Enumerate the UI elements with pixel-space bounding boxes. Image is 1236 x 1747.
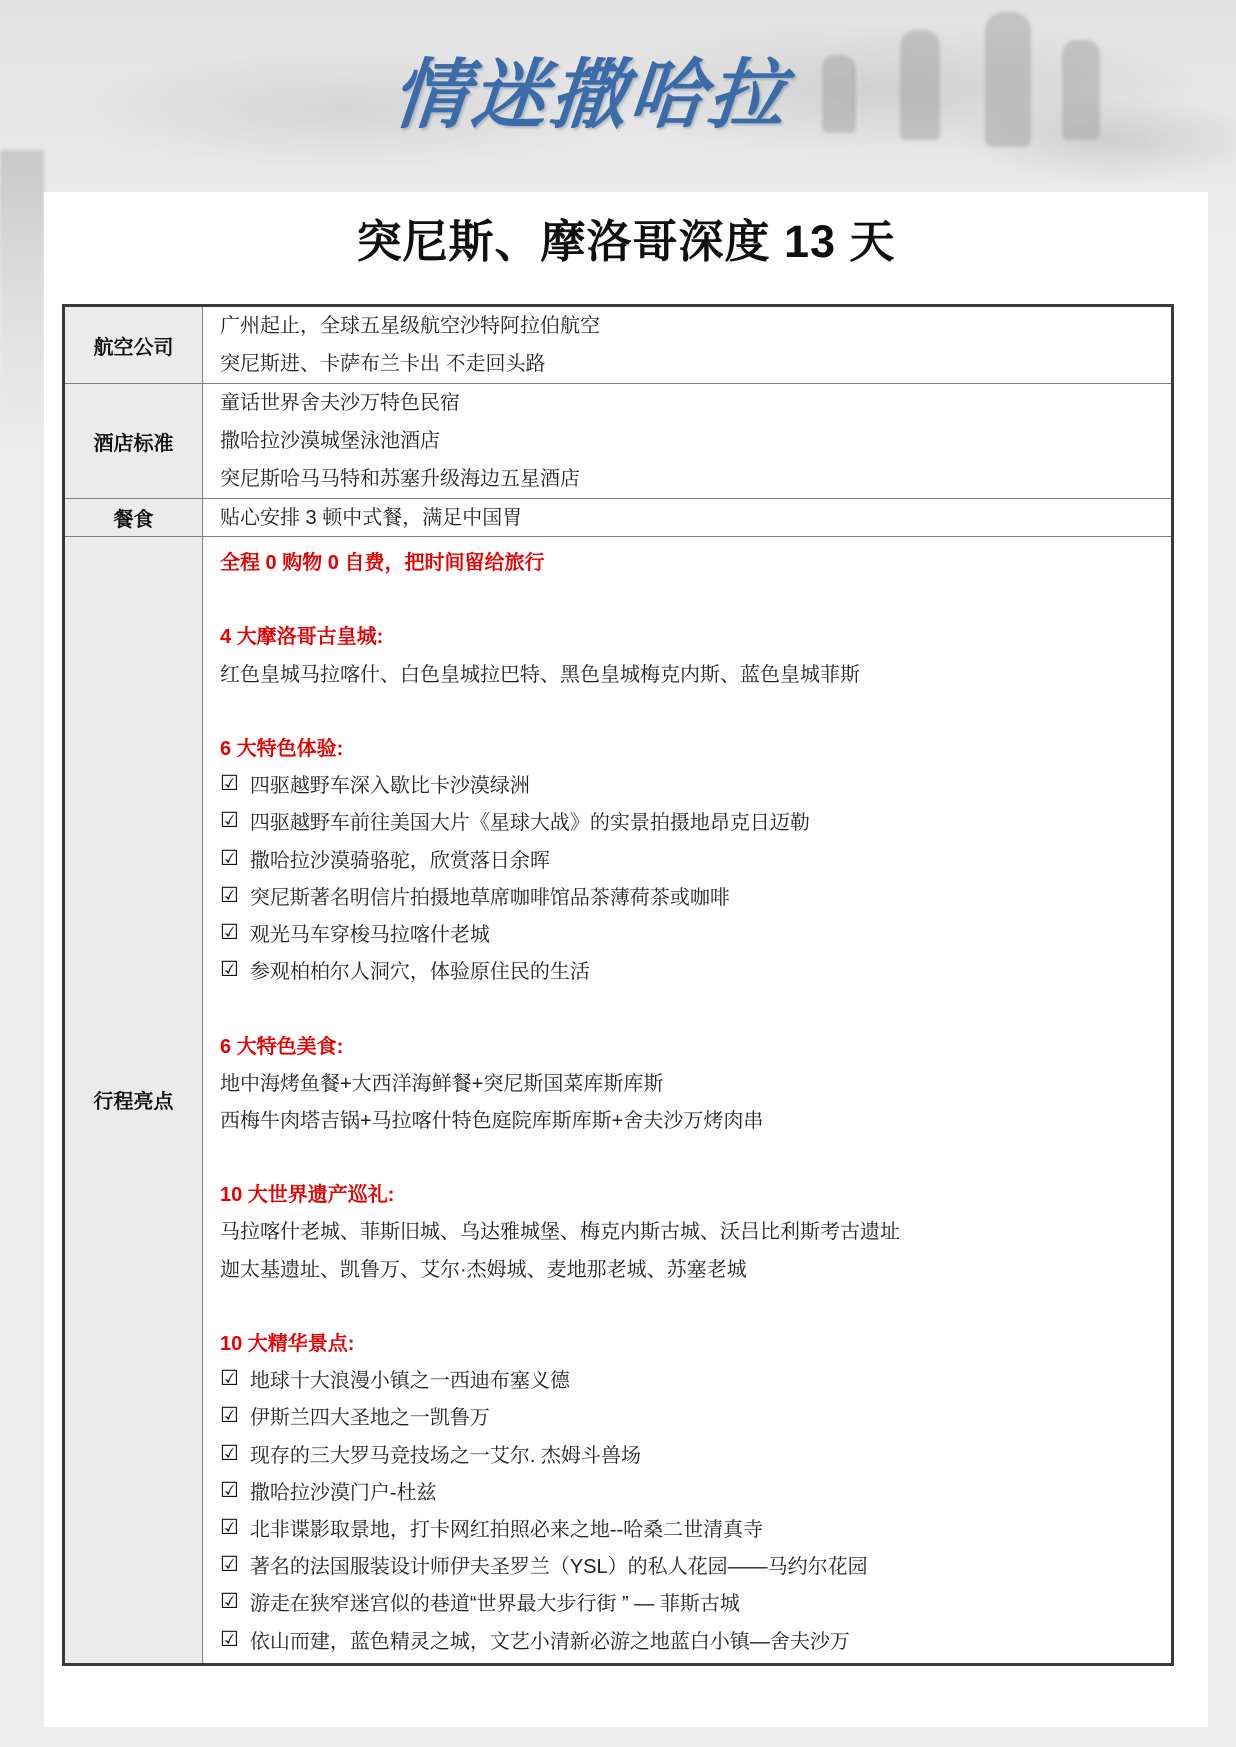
table-row: 行程亮点全程 0 购物 0 自费，把时间留给旅行4 大摩洛哥古皇城:红色皇城马拉… — [65, 537, 1171, 1663]
content-line: 童话世界舍夫沙万特色民宿 — [220, 384, 1171, 422]
content-line: 迦太基遗址、凯鲁万、艾尔·杰姆城、麦地那老城、苏塞老城 — [220, 1249, 1171, 1286]
row-content: 贴心安排 3 顿中式餐，满足中国胃 — [203, 499, 1171, 536]
spacer — [220, 691, 1171, 728]
checked-checkbox-icon: ☑ — [220, 1591, 239, 1612]
checked-checkbox-icon: ☑ — [220, 1480, 239, 1501]
content-line: 广州起止，全球五星级航空沙特阿拉伯航空 — [220, 307, 1171, 345]
checklist-item: ☑突尼斯著名明信片拍摄地草席咖啡馆品茶薄荷茶或咖啡 — [220, 877, 1171, 914]
checked-checkbox-icon: ☑ — [220, 1554, 239, 1575]
spacer — [220, 1137, 1171, 1174]
checked-checkbox-icon: ☑ — [220, 1443, 239, 1464]
row-content: 童话世界舍夫沙万特色民宿撒哈拉沙漠城堡泳池酒店突尼斯哈马马特和苏塞升级海边五星酒… — [203, 384, 1171, 498]
checklist-text: 著名的法国服装设计师伊夫圣罗兰（YSL）的私人花园——马约尔花园 — [250, 1550, 868, 1579]
checked-checkbox-icon: ☑ — [220, 1368, 239, 1389]
checklist-item: ☑观光马车穿梭马拉喀什老城 — [220, 914, 1171, 951]
margin-watermark — [0, 150, 44, 450]
checklist-item: ☑著名的法国服装设计师伊夫圣罗兰（YSL）的私人花园——马约尔花园 — [220, 1546, 1171, 1583]
table-row: 航空公司广州起止，全球五星级航空沙特阿拉伯航空突尼斯进、卡萨布兰卡出 不走回头路 — [65, 307, 1171, 384]
checklist-text: 依山而建，蓝色精灵之城，文艺小清新必游之地蓝白小镇—舍夫沙万 — [250, 1625, 850, 1654]
section-heading: 4 大摩洛哥古皇城: — [220, 616, 1171, 653]
row-label: 行程亮点 — [65, 537, 203, 1663]
checked-checkbox-icon: ☑ — [220, 773, 239, 794]
checklist-item: ☑四驱越野车深入歇比卡沙漠绿洲 — [220, 765, 1171, 802]
checked-checkbox-icon: ☑ — [220, 848, 239, 869]
checklist-item: ☑撒哈拉沙漠门户-杜兹 — [220, 1472, 1171, 1509]
document-page: 突尼斯、摩洛哥深度 13 天 航空公司广州起止，全球五星级航空沙特阿拉伯航空突尼… — [44, 192, 1208, 1727]
checklist-text: 四驱越野车前往美国大片《星球大战》的实景拍摄地昂克日迈勒 — [250, 806, 810, 835]
content-line: 西梅牛肉塔吉锅+马拉喀什特色庭院库斯库斯+舍夫沙万烤肉串 — [220, 1100, 1171, 1137]
page-title: 突尼斯、摩洛哥深度 13 天 — [44, 205, 1208, 270]
checklist-text: 游走在狭窄迷宫似的巷道“世界最大步行街 ” — 菲斯古城 — [250, 1587, 740, 1616]
checklist-item: ☑现存的三大罗马竞技场之一艾尔. 杰姆斗兽场 — [220, 1435, 1171, 1472]
spacer — [220, 579, 1171, 616]
row-label: 航空公司 — [65, 307, 203, 383]
checklist-text: 撒哈拉沙漠门户-杜兹 — [250, 1476, 437, 1505]
section-heading: 10 大世界遗产巡礼: — [220, 1174, 1171, 1211]
content-line: 地中海烤鱼餐+大西洋海鲜餐+突尼斯国菜库斯库斯 — [220, 1063, 1171, 1100]
checklist-item: ☑游走在狭窄迷宫似的巷道“世界最大步行街 ” — 菲斯古城 — [220, 1583, 1171, 1620]
checklist-text: 参观柏柏尔人洞穴，体验原住民的生活 — [250, 955, 590, 984]
content-line: 贴心安排 3 顿中式餐，满足中国胃 — [220, 499, 1171, 537]
checklist-text: 观光马车穿梭马拉喀什老城 — [250, 918, 490, 947]
checked-checkbox-icon: ☑ — [220, 959, 239, 980]
checked-checkbox-icon: ☑ — [220, 922, 239, 943]
row-content: 全程 0 购物 0 自费，把时间留给旅行4 大摩洛哥古皇城:红色皇城马拉喀什、白… — [203, 537, 1171, 1663]
checklist-item: ☑依山而建，蓝色精灵之城，文艺小清新必游之地蓝白小镇—舍夫沙万 — [220, 1620, 1171, 1657]
checklist-item: ☑伊斯兰四大圣地之一凯鲁万 — [220, 1397, 1171, 1434]
brand-logo: 情迷撒哈拉 — [0, 34, 1236, 143]
section-heading: 10 大精华景点: — [220, 1323, 1171, 1360]
checked-checkbox-icon: ☑ — [220, 1405, 239, 1426]
checklist-item: ☑撒哈拉沙漠骑骆驼，欣赏落日余晖 — [220, 840, 1171, 877]
checklist-item: ☑北非谍影取景地，打卡网红拍照必来之地--哈桑二世清真寺 — [220, 1509, 1171, 1546]
content-line: 红色皇城马拉喀什、白色皇城拉巴特、黑色皇城梅克内斯、蓝色皇城菲斯 — [220, 654, 1171, 691]
checklist-text: 四驱越野车深入歇比卡沙漠绿洲 — [250, 769, 530, 798]
checklist-text: 现存的三大罗马竞技场之一艾尔. 杰姆斗兽场 — [250, 1439, 641, 1468]
brand-logo-text: 情迷撒哈拉 — [388, 34, 793, 143]
checklist-text: 撒哈拉沙漠骑骆驼，欣赏落日余晖 — [250, 844, 550, 873]
checked-checkbox-icon: ☑ — [220, 1517, 239, 1538]
spacer — [220, 988, 1171, 1025]
info-table: 航空公司广州起止，全球五星级航空沙特阿拉伯航空突尼斯进、卡萨布兰卡出 不走回头路… — [62, 304, 1174, 1666]
checklist-item: ☑四驱越野车前往美国大片《星球大战》的实景拍摄地昂克日迈勒 — [220, 802, 1171, 839]
row-label: 餐食 — [65, 499, 203, 536]
section-heading: 6 大特色美食: — [220, 1025, 1171, 1062]
checklist-item: ☑参观柏柏尔人洞穴，体验原住民的生活 — [220, 951, 1171, 988]
checklist-item: ☑地球十大浪漫小镇之一西迪布塞义德 — [220, 1360, 1171, 1397]
row-label: 酒店标准 — [65, 384, 203, 498]
spacer — [220, 1286, 1171, 1323]
checked-checkbox-icon: ☑ — [220, 885, 239, 906]
row-content: 广州起止，全球五星级航空沙特阿拉伯航空突尼斯进、卡萨布兰卡出 不走回头路 — [203, 307, 1171, 383]
checklist-text: 突尼斯著名明信片拍摄地草席咖啡馆品茶薄荷茶或咖啡 — [250, 881, 730, 910]
checked-checkbox-icon: ☑ — [220, 1629, 239, 1650]
table-row: 餐食贴心安排 3 顿中式餐，满足中国胃 — [65, 499, 1171, 537]
content-line: 突尼斯进、卡萨布兰卡出 不走回头路 — [220, 345, 1171, 383]
content-line: 突尼斯哈马马特和苏塞升级海边五星酒店 — [220, 460, 1171, 498]
checklist-text: 伊斯兰四大圣地之一凯鲁万 — [250, 1401, 490, 1430]
checklist-text: 北非谍影取景地，打卡网红拍照必来之地--哈桑二世清真寺 — [250, 1513, 763, 1542]
content-line: 马拉喀什老城、菲斯旧城、乌达雅城堡、梅克内斯古城、沃吕比利斯考古遗址 — [220, 1211, 1171, 1248]
checked-checkbox-icon: ☑ — [220, 810, 239, 831]
content-line: 撒哈拉沙漠城堡泳池酒店 — [220, 422, 1171, 460]
section-heading: 6 大特色体验: — [220, 728, 1171, 765]
travel-itinerary-screenshot: { "logo": { "text": "情迷撒哈拉" }, "title": … — [0, 0, 1236, 1747]
table-row: 酒店标准童话世界舍夫沙万特色民宿撒哈拉沙漠城堡泳池酒店突尼斯哈马马特和苏塞升级海… — [65, 384, 1171, 499]
section-heading: 全程 0 购物 0 自费，把时间留给旅行 — [220, 542, 1171, 579]
checklist-text: 地球十大浪漫小镇之一西迪布塞义德 — [250, 1364, 570, 1393]
